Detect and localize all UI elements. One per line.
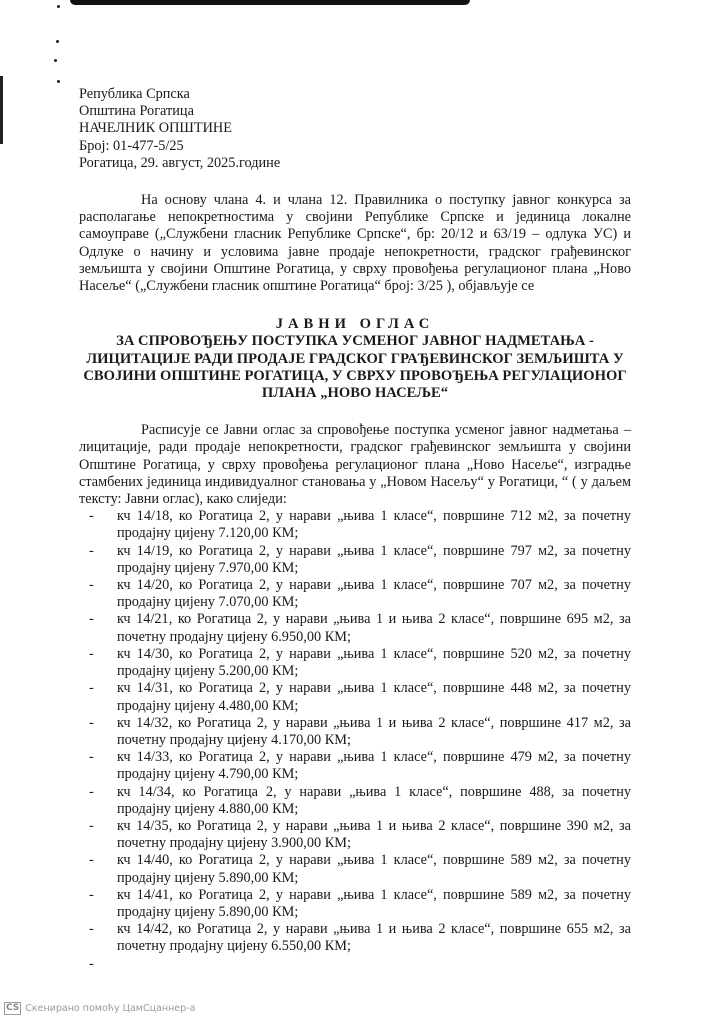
parcel-text: кч 14/18, ко Рогатица 2, у нарави „њива … [117, 508, 631, 541]
title-main: ЈАВНИ ОГЛАС [79, 316, 631, 333]
parcel-text: кч 14/41, ко Рогатица 2, у нарави „њива … [117, 887, 631, 920]
list-dash: - [89, 749, 94, 766]
document-number: Број: 01-477-5/25 [79, 138, 631, 155]
list-dash: - [89, 921, 94, 938]
empty-list-item: - [79, 956, 631, 973]
title-line: ЛИЦИТАЦИЈЕ РАДИ ПРОДАЈЕ ГРАДСКОГ ГРАЂЕВИ… [79, 351, 631, 368]
letterhead: Република Српска Општина Рогатица НАЧЕЛН… [79, 86, 631, 172]
place-and-date: Рогатица, 29. август, 2025.године [79, 155, 631, 172]
list-item: -кч 14/18, ко Рогатица 2, у нарави „њива… [79, 508, 631, 542]
title-line: ЗА СПРОВОЂЕЊУ ПОСТУПКА УСМЕНОГ ЈАВНОГ НА… [79, 333, 631, 350]
parcel-text: кч 14/30, ко Рогатица 2, у нарави „њива … [117, 646, 631, 679]
letterhead-republic: Република Српска [79, 86, 631, 103]
letterhead-mayor: НАЧЕЛНИК ОПШТИНЕ [79, 120, 631, 137]
parcel-text: кч 14/31, ко Рогатица 2, у нарави „њива … [117, 680, 631, 713]
scan-speck [56, 40, 59, 43]
title-line: СВОЈИНИ ОПШТИНЕ РОГАТИЦА, У СВРХУ ПРОВОЂ… [79, 368, 631, 385]
scan-speck [57, 80, 60, 83]
parcel-text: кч 14/21, ко Рогатица 2, у нарави „њива … [117, 611, 631, 644]
body-paragraph: Расписује се Јавни оглас за спровођење п… [79, 422, 631, 508]
scan-speck [54, 59, 57, 62]
document-page: Република Српска Општина Рогатица НАЧЕЛН… [79, 86, 631, 973]
list-item: -кч 14/21, ко Рогатица 2, у нарави „њива… [79, 611, 631, 645]
parcel-text: кч 14/35, ко Рогатица 2, у нарави „њива … [117, 818, 631, 851]
intro-paragraph: На основу члана 4. и члана 12. Правилник… [79, 192, 631, 295]
list-dash: - [89, 818, 94, 835]
list-item: -кч 14/20, ко Рогатица 2, у нарави „њива… [79, 577, 631, 611]
list-dash: - [89, 852, 94, 869]
list-dash: - [89, 508, 94, 525]
list-item: -кч 14/33, ко Рогатица 2, у нарави „њива… [79, 749, 631, 783]
parcel-text: кч 14/20, ко Рогатица 2, у нарави „њива … [117, 577, 631, 610]
watermark-text: Скенирано помоћу ЦамСцаннер-а [25, 1003, 195, 1014]
announcement-title: ЈАВНИ ОГЛАС ЗА СПРОВОЂЕЊУ ПОСТУПКА УСМЕН… [79, 316, 631, 402]
list-dash: - [89, 611, 94, 628]
list-item: -кч 14/41, ко Рогатица 2, у нарави „њива… [79, 887, 631, 921]
letterhead-municipality: Општина Рогатица [79, 103, 631, 120]
parcel-list: -кч 14/18, ко Рогатица 2, у нарави „њива… [79, 508, 631, 955]
scan-artifact-left-strip [0, 76, 3, 144]
parcel-text: кч 14/42, ко Рогатица 2, у нарави „њива … [117, 921, 631, 954]
list-item: -кч 14/19, ко Рогатица 2, у нарави „њива… [79, 543, 631, 577]
list-item: -кч 14/42, ко Рогатица 2, у нарави „њива… [79, 921, 631, 955]
list-item: -кч 14/34, ко Рогатица 2, у нарави „њива… [79, 784, 631, 818]
list-dash: - [89, 543, 94, 560]
list-dash: - [89, 646, 94, 663]
title-line: ПЛАНА „НОВО НАСЕЉЕ“ [79, 385, 631, 402]
scan-speck [57, 5, 60, 8]
parcel-text: кч 14/32, ко Рогатица 2, у нарави „њива … [117, 715, 631, 748]
list-dash: - [89, 577, 94, 594]
list-item: -кч 14/40, ко Рогатица 2, у нарави „њива… [79, 852, 631, 886]
list-dash: - [89, 715, 94, 732]
scan-artifact-top-bar [70, 0, 470, 5]
parcel-text: кч 14/33, ко Рогатица 2, у нарави „њива … [117, 749, 631, 782]
list-dash: - [89, 784, 94, 801]
list-dash: - [89, 680, 94, 697]
list-item: -кч 14/31, ко Рогатица 2, у нарави „њива… [79, 680, 631, 714]
parcel-text: кч 14/40, ко Рогатица 2, у нарави „њива … [117, 852, 631, 885]
list-item: -кч 14/32, ко Рогатица 2, у нарави „њива… [79, 715, 631, 749]
parcel-text: кч 14/34, ко Рогатица 2, у нарави „њива … [117, 784, 631, 817]
list-dash: - [89, 887, 94, 904]
list-dash: - [89, 956, 94, 973]
list-item: -кч 14/35, ко Рогатица 2, у нарави „њива… [79, 818, 631, 852]
list-item: -кч 14/30, ко Рогатица 2, у нарави „њива… [79, 646, 631, 680]
parcel-text: кч 14/19, ко Рогатица 2, у нарави „њива … [117, 543, 631, 576]
scanner-watermark: CS Скенирано помоћу ЦамСцаннер-а [4, 1002, 195, 1015]
camscanner-logo-icon: CS [4, 1002, 21, 1015]
